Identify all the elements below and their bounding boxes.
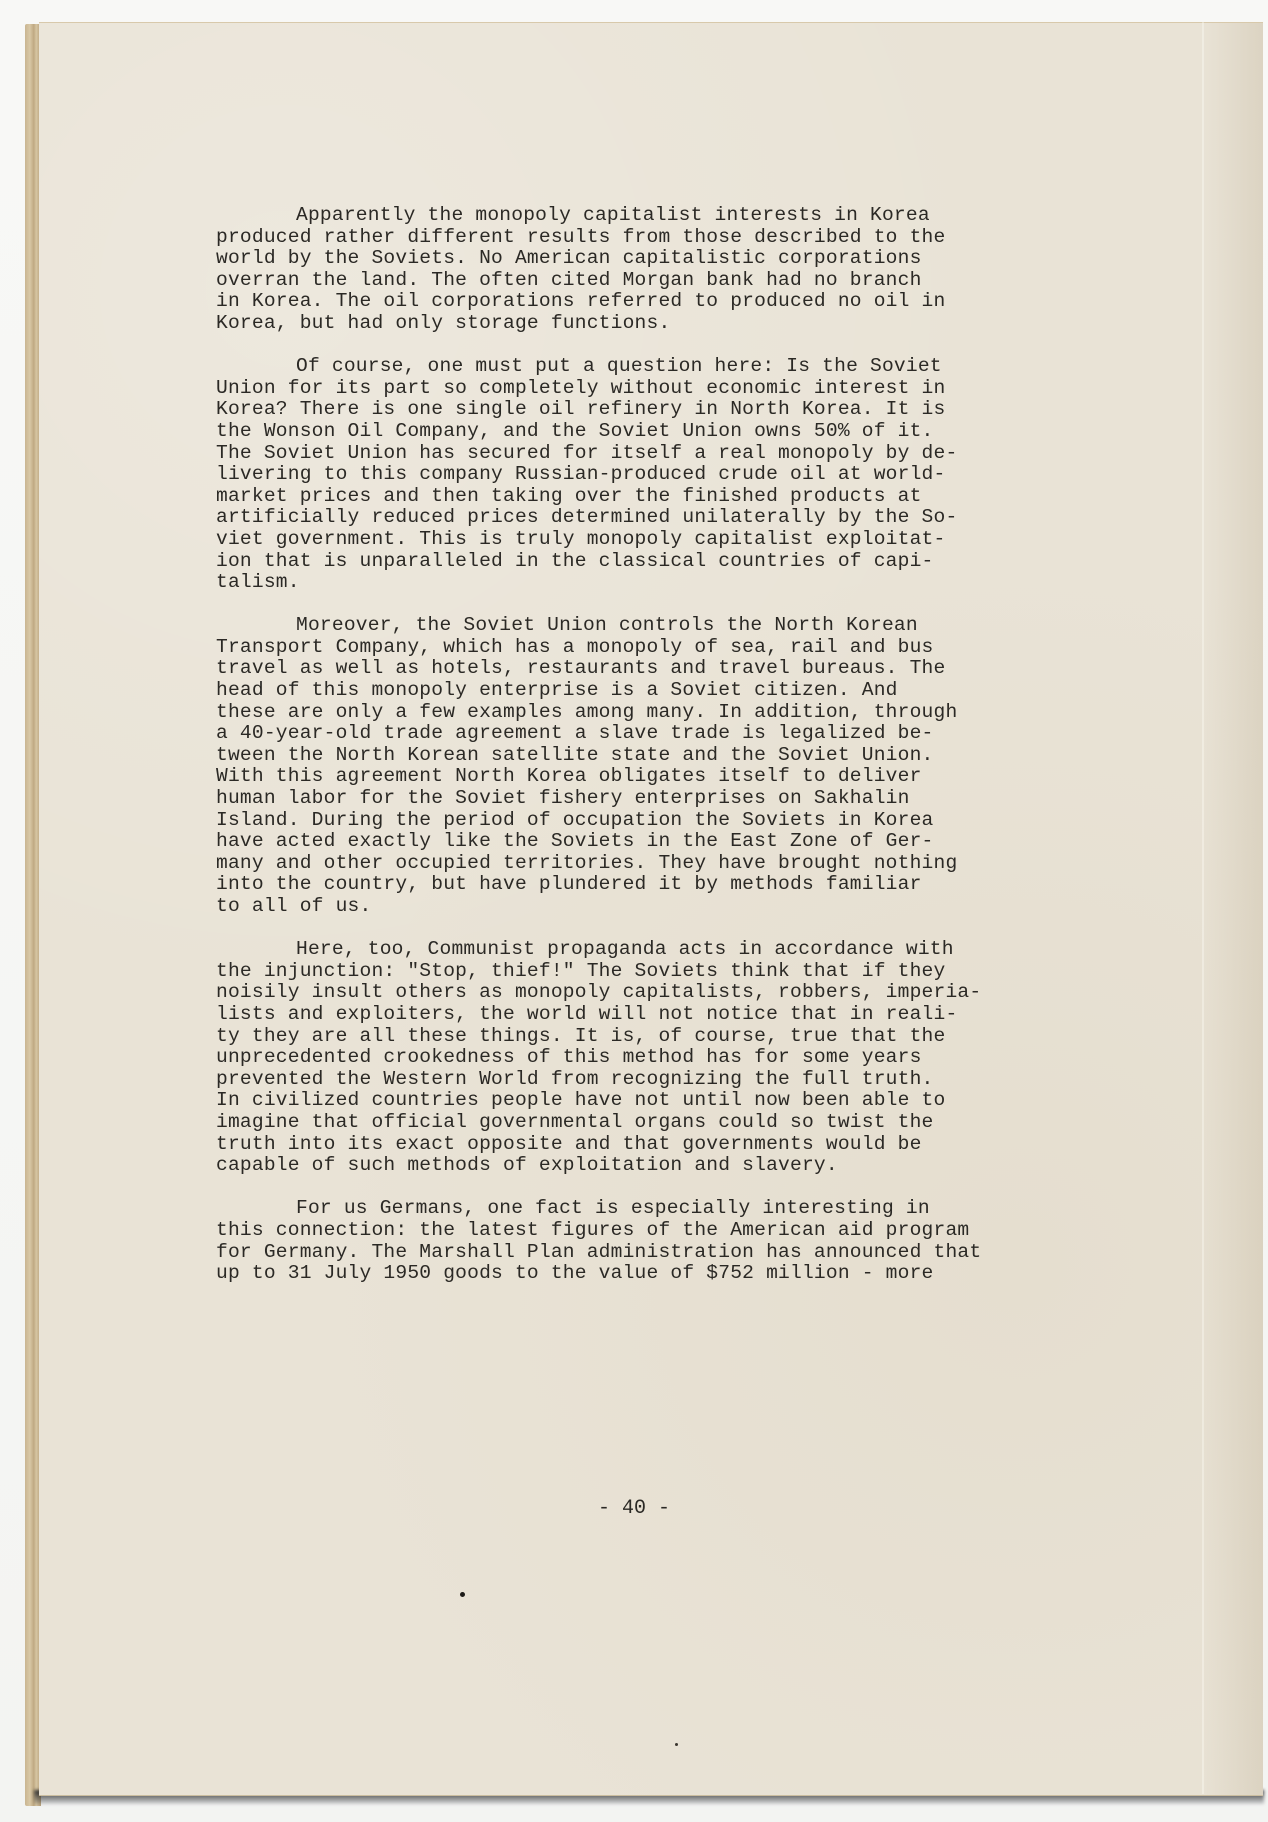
text-line: truth into its exact opposite and that g… <box>216 1134 1116 1156</box>
text-line: talism. <box>216 572 1116 594</box>
text-line: Transport Company, which has a monopoly … <box>216 637 1116 659</box>
ink-speck <box>675 1743 678 1746</box>
paragraph-1: Apparently the monopoly capitalist inter… <box>216 205 1116 335</box>
text-line: viet government. This is truly monopoly … <box>216 529 1116 551</box>
text-line: head of this monopoly enterprise is a So… <box>216 680 1116 702</box>
text-line: world by the Soviets. No American capita… <box>216 248 1116 270</box>
text-line: produced rather different results from t… <box>216 227 1116 249</box>
text-line: imagine that official governmental organ… <box>216 1112 1116 1134</box>
text-line: Here, too, Communist propaganda acts in … <box>216 939 1116 961</box>
text-line: Union for its part so completely without… <box>216 378 1116 400</box>
text-line: a 40-year-old trade agreement a slave tr… <box>216 723 1116 745</box>
text-line: the Wonson Oil Company, and the Soviet U… <box>216 421 1116 443</box>
text-line: in Korea. The oil corporations referred … <box>216 291 1116 313</box>
text-line: for Germany. The Marshall Plan administr… <box>216 1242 1116 1264</box>
text-line: In civilized countries people have not u… <box>216 1090 1116 1112</box>
text-line: With this agreement North Korea obligate… <box>216 766 1116 788</box>
text-line: up to 31 July 1950 goods to the value of… <box>216 1263 1116 1285</box>
text-line: unprecedented crookedness of this method… <box>216 1047 1116 1069</box>
paragraph-3: Moreover, the Soviet Union controls the … <box>216 615 1116 917</box>
text-line: artificially reduced prices determined u… <box>216 507 1116 529</box>
scanned-page-scene: Apparently the monopoly capitalist inter… <box>0 0 1268 1822</box>
text-line: Island. During the period of occupation … <box>216 810 1116 832</box>
text-line: Moreover, the Soviet Union controls the … <box>216 615 1116 637</box>
text-line: prevented the Western World from recogni… <box>216 1069 1116 1091</box>
text-line: capable of such methods of exploitation … <box>216 1155 1116 1177</box>
text-line: travel as well as hotels, restaurants an… <box>216 658 1116 680</box>
paragraph-4: Here, too, Communist propaganda acts in … <box>216 939 1116 1177</box>
text-line: livering to this company Russian-produce… <box>216 464 1116 486</box>
text-line: The Soviet Union has secured for itself … <box>216 443 1116 465</box>
text-line: into the country, but have plundered it … <box>216 874 1116 896</box>
paragraph-2: Of course, one must put a question here:… <box>216 356 1116 594</box>
text-line: human labor for the Soviet fishery enter… <box>216 788 1116 810</box>
paragraph-5: For us Germans, one fact is especially i… <box>216 1198 1116 1284</box>
text-line: Of course, one must put a question here:… <box>216 356 1116 378</box>
text-line: the injunction: "Stop, thief!" The Sovie… <box>216 961 1116 983</box>
text-line: Korea, but had only storage functions. <box>216 313 1116 335</box>
text-line: these are only a few examples among many… <box>216 702 1116 724</box>
ink-speck <box>460 1592 465 1597</box>
page-number: - 40 - <box>598 1497 670 1520</box>
text-line: to all of us. <box>216 896 1116 918</box>
text-line: tween the North Korean satellite state a… <box>216 745 1116 767</box>
text-line: overran the land. The often cited Morgan… <box>216 270 1116 292</box>
text-line: lists and exploiters, the world will not… <box>216 1004 1116 1026</box>
text-line: ion that is unparalleled in the classica… <box>216 551 1116 573</box>
text-line: noisily insult others as monopoly capita… <box>216 982 1116 1004</box>
body-text: Apparently the monopoly capitalist inter… <box>216 205 1116 1306</box>
text-line: For us Germans, one fact is especially i… <box>216 1198 1116 1220</box>
text-line: have acted exactly like the Soviets in t… <box>216 831 1116 853</box>
text-line: Apparently the monopoly capitalist inter… <box>216 205 1116 227</box>
text-line: ty they are all these things. It is, of … <box>216 1026 1116 1048</box>
text-line: many and other occupied territories. The… <box>216 853 1116 875</box>
text-line: market prices and then taking over the f… <box>216 486 1116 508</box>
page-fold-line <box>1202 22 1204 1794</box>
text-line: this connection: the latest figures of t… <box>216 1220 1116 1242</box>
text-line: Korea? There is one single oil refinery … <box>216 399 1116 421</box>
